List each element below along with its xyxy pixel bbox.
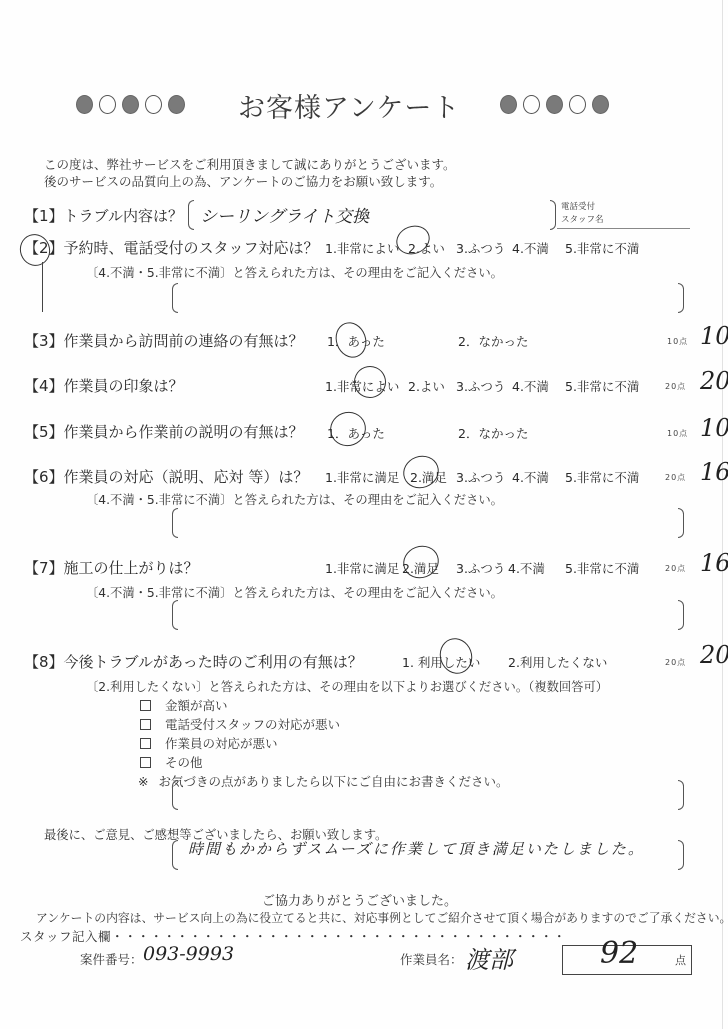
case-number-label: 案件番号： (80, 950, 143, 968)
q7-option-3[interactable]: 3.ふつう (456, 559, 505, 577)
q2-option-5[interactable]: 5.非常に不満 (565, 239, 639, 257)
q4-option-3[interactable]: 3.ふつう (456, 377, 505, 395)
bracket-right (678, 840, 684, 870)
q5-option-1[interactable]: 1．あった (327, 424, 385, 442)
bracket-left (172, 780, 178, 810)
question-number: 【8】 (24, 653, 64, 671)
intro-line-2: 後のサービスの品質向上の為、アンケートのご協力をお願い致します。 (44, 172, 442, 190)
q6-option-4[interactable]: 4.不満 (512, 468, 549, 486)
q3-option-2[interactable]: 2．なかった (458, 332, 528, 350)
checkbox-icon[interactable] (140, 719, 151, 730)
question-8: 【8】今後トラブルがあった時のご利用の有無は？ (24, 651, 363, 672)
q7-option-1[interactable]: 1.非常に満足 (325, 559, 399, 577)
checkbox-worker-bad[interactable]: 作業員の対応が悪い (140, 734, 278, 752)
title-decoration-left (76, 95, 185, 114)
filled-circle-icon (592, 95, 609, 114)
arrow-down-icon (42, 262, 43, 312)
q7-points-label: 20点 (665, 563, 686, 574)
q6-score[interactable]: 16 (700, 458, 728, 486)
title-decoration-right (500, 95, 609, 114)
question-7: 【7】施工の仕上がりは？ (24, 557, 199, 578)
bracket-left (172, 600, 178, 630)
question-text: 予約時、電話受付のスタッフ対応は？ (64, 239, 319, 257)
bracket-right (678, 600, 684, 630)
question-2: 【2】予約時、電話受付のスタッフ対応は？ (24, 237, 319, 258)
bracket-right (678, 508, 684, 538)
q6-option-1[interactable]: 1.非常に満足 (325, 468, 399, 486)
q3-score[interactable]: 10 (700, 322, 728, 350)
page-title: お客様アンケート (238, 86, 460, 125)
q4-points-label: 20点 (665, 381, 686, 392)
filled-circle-icon (168, 95, 185, 114)
filled-circle-icon (122, 95, 139, 114)
q2-reason-field[interactable] (180, 283, 680, 313)
question-text: トラブル内容は？ (64, 207, 183, 225)
bracket-left (172, 283, 178, 313)
q7-option-5[interactable]: 5.非常に不満 (565, 559, 639, 577)
q5-score[interactable]: 10 (700, 414, 728, 442)
question-number: 【6】 (24, 468, 64, 486)
case-number-value[interactable]: 093-9993 (143, 943, 234, 965)
reference-mark-icon: ※ (138, 774, 148, 789)
trouble-content-answer[interactable]: シーリングライト交換 (200, 202, 369, 227)
q8-note-field[interactable] (180, 780, 680, 810)
q6-option-3[interactable]: 3.ふつう (456, 468, 505, 486)
bracket-right (550, 200, 556, 230)
q2-option-4[interactable]: 4.不満 (512, 239, 549, 257)
question-number: 【7】 (24, 559, 64, 577)
outline-circle-icon (145, 95, 162, 114)
q2-option-1[interactable]: 1.非常によい (325, 239, 399, 257)
worker-name-value[interactable]: 渡部 (465, 940, 513, 975)
q7-option-2[interactable]: 2.満足 (402, 559, 439, 577)
q2-option-3[interactable]: 3.ふつう (456, 239, 505, 257)
checkbox-phone-staff-bad[interactable]: 電話受付スタッフの対応が悪い (140, 715, 340, 733)
total-score-unit: 点 (675, 952, 686, 968)
question-text: 作業員の印象は？ (64, 377, 184, 395)
outline-circle-icon (523, 95, 540, 114)
q7-reason-prompt: 〔4.不満・5.非常に不満〕と答えられた方は、その理由をご記入ください。 (86, 583, 503, 601)
q6-reason-prompt: 〔4.不満・5.非常に不満〕と答えられた方は、その理由をご記入ください。 (86, 490, 503, 508)
q8-score[interactable]: 20 (700, 641, 728, 669)
q5-points-label: 10点 (667, 428, 688, 439)
q8-points-label: 20点 (665, 657, 686, 668)
q7-reason-field[interactable] (180, 600, 680, 630)
q5-option-2[interactable]: 2．なかった (458, 424, 528, 442)
question-text: 施工の仕上がりは？ (64, 559, 199, 577)
q2-option-2[interactable]: 2.よい (408, 239, 445, 257)
q6-reason-field[interactable] (180, 508, 680, 538)
outline-circle-icon (569, 95, 586, 114)
q7-score[interactable]: 16 (700, 549, 728, 577)
q4-option-4[interactable]: 4.不満 (512, 377, 549, 395)
q7-option-4[interactable]: 4.不満 (508, 559, 545, 577)
q3-points-label: 10点 (667, 336, 688, 347)
intro-line-1: この度は、弊社サービスをご利用頂きまして誠にありがとうございます。 (44, 155, 456, 173)
checkbox-icon[interactable] (140, 700, 151, 711)
thanks-message: ご協力ありがとうございました。 (262, 890, 457, 909)
question-1: 【1】トラブル内容は？ (24, 205, 183, 226)
q6-points-label: 20点 (665, 472, 686, 483)
staff-field-label: 電話受付 スタッフ名 (561, 201, 604, 227)
bracket-left (188, 200, 194, 230)
checkbox-price-high[interactable]: 金額が高い (140, 696, 228, 714)
checkbox-other[interactable]: その他 (140, 753, 203, 771)
final-comment-field[interactable]: 時間もかからずスムーズに作業して頂き満足いたしました。 (188, 838, 645, 859)
q2-reason-prompt: 〔4.不満・5.非常に不満〕と答えられた方は、その理由をご記入ください。 (86, 263, 503, 281)
question-number: 【4】 (24, 377, 64, 395)
question-3: 【3】作業員から訪問前の連絡の有無は？ (24, 330, 304, 351)
question-number: 【2】 (24, 239, 64, 257)
usage-notice: アンケートの内容は、サービス向上の為に役立てると共に、対応事例としてご紹介させて… (36, 909, 728, 926)
question-number: 【3】 (24, 332, 64, 350)
bracket-left (172, 840, 178, 870)
page-edge (722, 0, 723, 1029)
outline-circle-icon (99, 95, 116, 114)
checkbox-icon[interactable] (140, 757, 151, 768)
q4-option-2[interactable]: 2.よい (408, 377, 445, 395)
q8-option-1[interactable]: 1. 利用したい (402, 653, 480, 671)
q8-option-2[interactable]: 2.利用したくない (508, 653, 607, 671)
question-number: 【5】 (24, 423, 64, 441)
q6-option-2[interactable]: 2.満足 (410, 468, 447, 486)
checkbox-icon[interactable] (140, 738, 151, 749)
filled-circle-icon (546, 95, 563, 114)
bracket-right (678, 283, 684, 313)
bracket-right (678, 780, 684, 810)
q4-score[interactable]: 20 (700, 367, 728, 395)
q6-option-5[interactable]: 5.非常に不満 (565, 468, 639, 486)
filled-circle-icon (76, 95, 93, 114)
q3-option-1[interactable]: 1．あった (327, 332, 385, 350)
q4-option-1[interactable]: 1.非常によい (325, 377, 399, 395)
q8-reason-prompt: 〔2.利用したくない〕と答えられた方は、その理由を以下よりお選びください。（複数… (86, 677, 608, 695)
question-4: 【4】作業員の印象は？ (24, 375, 184, 396)
question-text: 作業員の対応（説明、応対 等）は？ (64, 468, 309, 486)
staff-name-field[interactable] (557, 228, 690, 229)
question-5: 【5】作業員から作業前の説明の有無は？ (24, 421, 304, 442)
filled-circle-icon (500, 95, 517, 114)
question-number: 【1】 (24, 207, 64, 225)
q4-option-5[interactable]: 5.非常に不満 (565, 377, 639, 395)
question-text: 作業員から訪問前の連絡の有無は？ (64, 332, 304, 350)
bracket-left (172, 508, 178, 538)
total-score-value[interactable]: 92 (600, 936, 638, 971)
worker-name-label: 作業員名： (400, 950, 463, 968)
question-text: 作業員から作業前の説明の有無は？ (64, 423, 304, 441)
question-6: 【6】作業員の対応（説明、応対 等）は？ (24, 466, 308, 487)
question-text: 今後トラブルがあった時のご利用の有無は？ (64, 653, 363, 671)
